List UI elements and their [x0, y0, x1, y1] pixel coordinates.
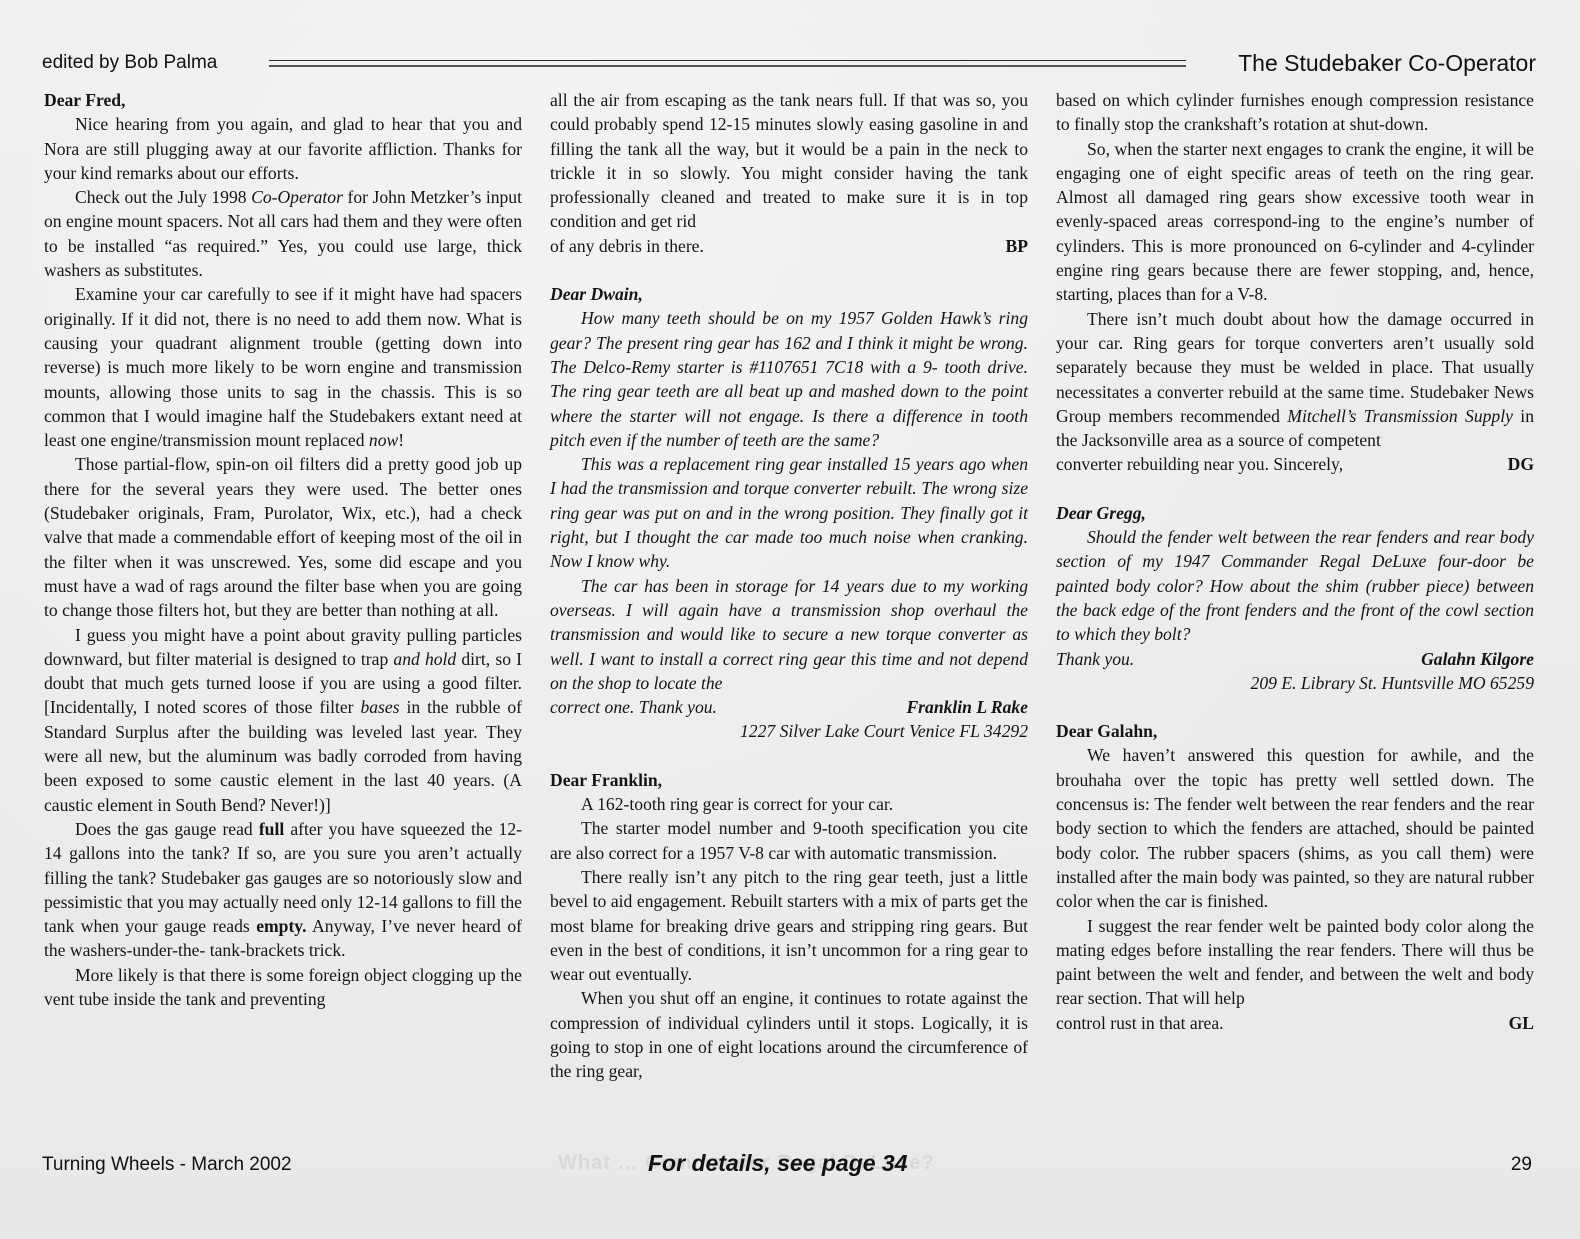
- page-footer: Turning Wheels - March 2002 What … Comma…: [42, 1150, 1532, 1182]
- emphasis-bold: full: [259, 819, 284, 839]
- letter-address: 1227 Silver Lake Court Venice FL 34292: [550, 719, 1028, 743]
- column-2: all the air from escaping as the tank ne…: [550, 88, 1028, 1084]
- signoff-line: control rust in that area.GL: [1056, 1011, 1534, 1035]
- spacer: [550, 258, 1028, 282]
- paragraph: Nice hearing from you again, and glad to…: [44, 112, 522, 185]
- editor-initials: GL: [1509, 1011, 1534, 1035]
- text: !: [398, 430, 404, 450]
- salutation-dear-galahn: Dear Galahn,: [1056, 719, 1534, 743]
- emphasis-bold: empty.: [256, 916, 306, 936]
- paragraph: Examine your car carefully to see if it …: [44, 282, 522, 452]
- paragraph: How many teeth should be on my 1957 Gold…: [550, 306, 1028, 452]
- letter-address: 209 E. Library St. Huntsville MO 65259: [1056, 671, 1534, 695]
- signoff-line: Thank you.Galahn Kilgore: [1056, 647, 1534, 671]
- text: Check out the July 1998: [75, 187, 251, 207]
- paragraph: We haven’t answered this question for aw…: [1056, 743, 1534, 913]
- text: Thank you.: [1056, 647, 1134, 671]
- signoff-line: converter rebuilding near you. Sincerely…: [1056, 452, 1534, 476]
- paragraph: The starter model number and 9-tooth spe…: [550, 816, 1028, 865]
- paragraph: all the air from escaping as the tank ne…: [550, 88, 1028, 234]
- paragraph: I guess you might have a point about gra…: [44, 623, 522, 817]
- text: correct one. Thank you.: [550, 695, 717, 719]
- paragraph: There isn’t much doubt about how the dam…: [1056, 307, 1534, 453]
- issue-label: Turning Wheels - March 2002: [42, 1154, 292, 1176]
- header-double-rule: [269, 60, 1186, 67]
- paragraph: Those partial-flow, spin-on oil filters …: [44, 452, 522, 622]
- emphasis: bases: [360, 697, 399, 717]
- signoff-line: of any debris in there.BP: [550, 234, 1028, 258]
- publication-title: Co-Operator: [251, 187, 343, 207]
- editor-initials: BP: [1006, 234, 1028, 258]
- text: Does the gas gauge read: [75, 819, 259, 839]
- column-title: The Studebaker Co-Operator: [1238, 50, 1536, 77]
- text: Examine your car carefully to see if it …: [44, 284, 522, 450]
- reader-letter-franklin: Dear Dwain, How many teeth should be on …: [550, 282, 1028, 744]
- paragraph: I suggest the rear fender welt be painte…: [1056, 914, 1534, 1011]
- paragraph: based on which cylinder furnishes enough…: [1056, 88, 1534, 137]
- salutation-dear-fred: Dear Fred,: [44, 88, 522, 112]
- paragraph: When you shut off an engine, it continue…: [550, 986, 1028, 1083]
- text: control rust in that area.: [1056, 1011, 1224, 1035]
- paragraph: This was a replacement ring gear install…: [550, 452, 1028, 573]
- magazine-page: edited by Bob Palma The Studebaker Co-Op…: [0, 0, 1580, 1239]
- salutation-dear-dwain: Dear Dwain,: [550, 282, 1028, 306]
- text: of any debris in there.: [550, 234, 704, 258]
- editor-credit: edited by Bob Palma: [42, 52, 217, 74]
- promo-text: For details, see page 34: [648, 1150, 908, 1177]
- salutation-dear-gregg: Dear Gregg,: [1056, 501, 1534, 525]
- paragraph: Check out the July 1998 Co-Operator for …: [44, 185, 522, 282]
- paragraph: There really isn’t any pitch to the ring…: [550, 865, 1028, 986]
- letter-signer: Galahn Kilgore: [1421, 647, 1534, 671]
- paragraph: More likely is that there is some foreig…: [44, 963, 522, 1012]
- paragraph: The car has been in storage for 14 years…: [550, 574, 1028, 695]
- emphasis: and hold: [393, 649, 456, 669]
- emphasis: now: [369, 430, 398, 450]
- text: converter rebuilding near you. Sincerely…: [1056, 452, 1343, 476]
- paragraph: A 162-tooth ring gear is correct for you…: [550, 792, 1028, 816]
- column-3: based on which cylinder furnishes enough…: [1056, 88, 1534, 1035]
- signoff-line: correct one. Thank you.Franklin L Rake: [550, 695, 1028, 719]
- business-name: Mitchell’s Transmission Supply: [1287, 406, 1513, 426]
- paragraph: So, when the starter next engages to cra…: [1056, 137, 1534, 307]
- salutation-dear-franklin: Dear Franklin,: [550, 768, 1028, 792]
- paragraph: Should the fender welt between the rear …: [1056, 525, 1534, 646]
- spacer: [1056, 695, 1534, 719]
- column-1: Dear Fred, Nice hearing from you again, …: [44, 88, 522, 1011]
- spacer: [1056, 477, 1534, 501]
- editor-initials: DG: [1508, 452, 1534, 476]
- reader-letter-galahn: Dear Gregg, Should the fender welt betwe…: [1056, 501, 1534, 695]
- letter-signer: Franklin L Rake: [906, 695, 1028, 719]
- paragraph: Does the gas gauge read full after you h…: [44, 817, 522, 963]
- page-number: 29: [1511, 1154, 1532, 1176]
- spacer: [550, 744, 1028, 768]
- page-header: edited by Bob Palma The Studebaker Co-Op…: [42, 48, 1536, 78]
